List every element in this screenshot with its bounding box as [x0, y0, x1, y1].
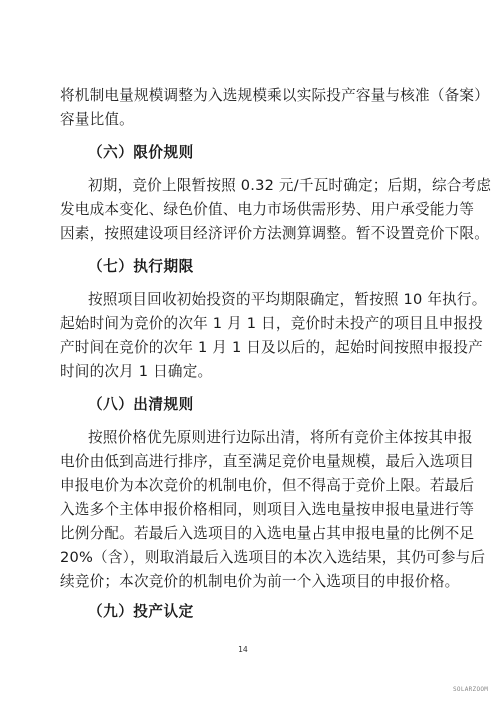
- paragraph-line: 按照项目回收初始投资的平均期限确定，暂按照 10 年执行。: [88, 288, 438, 312]
- paragraph-line: 因素，按照建设项目经济评价方法测算调整。暂不设置竞价下限。: [60, 222, 438, 246]
- paragraph-line: 申报电价为本次竞价的机制电价，但不得高于竞价上限。若最后: [60, 474, 438, 498]
- paragraph-line: 初期，竞价上限暂按照 0.32 元/千瓦时确定；后期，综合考虑: [88, 174, 438, 198]
- paragraph-line: 时间的次月 1 日确定。: [60, 360, 438, 384]
- paragraph-line: 比例分配。若最后入选项目的入选电量占其申报电量的比例不足: [60, 522, 438, 546]
- paragraph-line: 入选多个主体申报价格相同，则项目入选电量按申报电量进行等: [60, 498, 438, 522]
- paragraph-line: 续竞价；本次竞价的机制电价为前一个入选项目的申报价格。: [60, 570, 438, 594]
- document-page: 将机制电量规模调整为入选规模乘以实际投产容量与核准（备案） 容量比值。 （六）限…: [0, 0, 500, 706]
- section-heading-8: （八）出清规则: [88, 393, 194, 417]
- paragraph-line: 电价由低到高进行排序，直至满足竞价电量规模，最后入选项目: [60, 450, 438, 474]
- paragraph-line: 起始时间为竞价的次年 1 月 1 日，竞价时未投产的项目且申报投: [60, 312, 438, 336]
- paragraph-line: 按照价格优先原则进行边际出清，将所有竞价主体按其申报: [88, 426, 438, 450]
- paragraph-line: 将机制电量规模调整为入选规模乘以实际投产容量与核准（备案）: [60, 84, 438, 108]
- paragraph-line: 产时间在竞价的次年 1 月 1 日及以后的，起始时间按照申报投产: [60, 336, 438, 360]
- paragraph-line: 20%（含），则取消最后入选项目的本次入选结果，其仍可参与后: [60, 546, 438, 570]
- paragraph-line: 发电成本变化、绿色价值、电力市场供需形势、用户承受能力等: [60, 198, 438, 222]
- page-number: 14: [238, 645, 248, 654]
- section-heading-7: （七）执行期限: [88, 255, 194, 279]
- paragraph-line: 容量比值。: [60, 108, 438, 132]
- watermark: SOLARZOOM: [453, 686, 488, 693]
- section-heading-9: （九）投产认定: [88, 600, 194, 624]
- section-heading-6: （六）限价规则: [88, 141, 194, 165]
